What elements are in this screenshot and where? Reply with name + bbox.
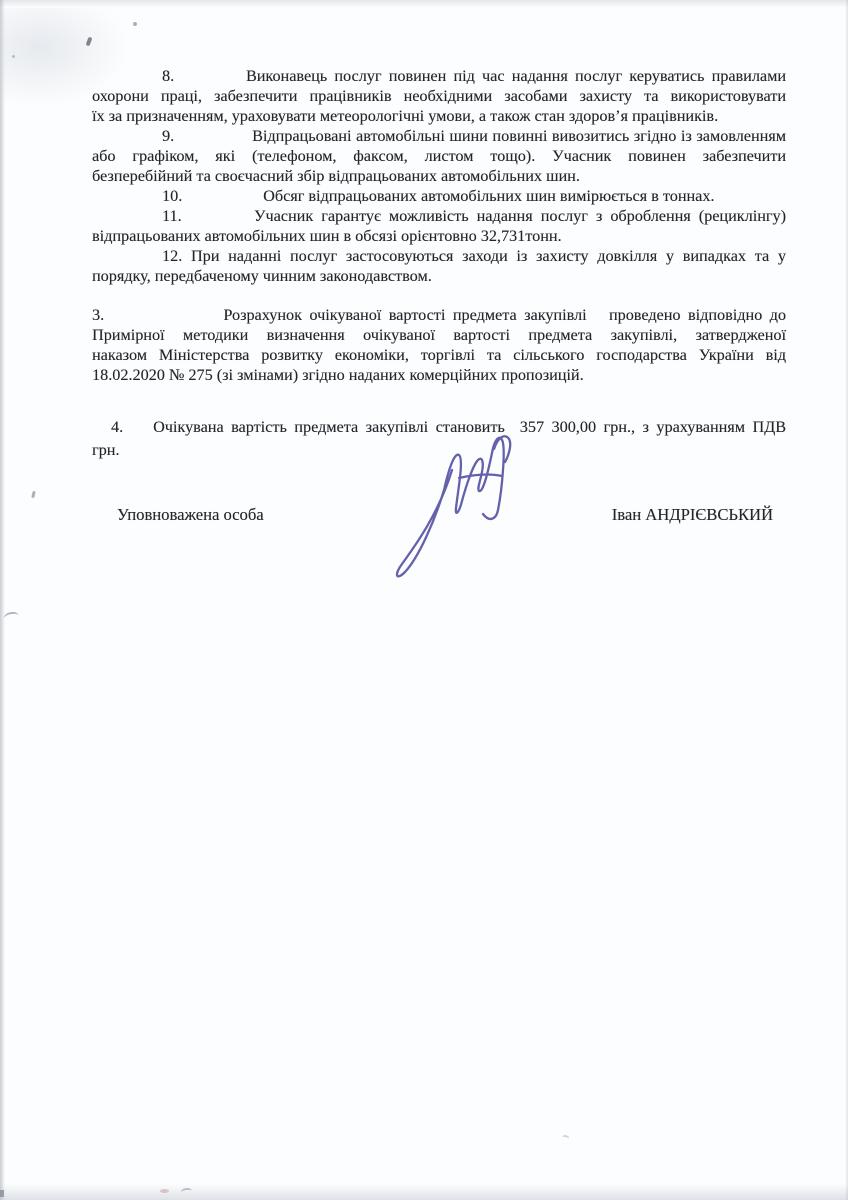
section-items-8-12: 8. Виконавець послуг повинен під час над… [92,66,786,286]
item11-line2: відпрацьованих автомобільних шин в обсяз… [92,226,786,246]
item8-line3: їх за призначенням, ураховувати метеорол… [92,106,786,126]
scan-pencil-mark [3,611,20,623]
scanned-document-page: 8. Виконавець послуг повинен під час над… [0,0,848,1200]
item9-line1: 9. Відпрацьовані автомобільні шини повин… [92,126,786,146]
scan-speck [160,1189,169,1193]
item8-line1: 8. Виконавець послуг повинен під час над… [92,66,786,86]
paragraph-3: 3. Розрахунок очікуваної вартості предме… [92,305,786,385]
signoff-row: Уповноважена особа Іван АНДРІЄВСЬКИЙ [92,504,786,526]
scan-speck [561,1134,569,1141]
item8-line2: охорони праці, забезпечити працівників н… [92,86,786,106]
scan-edge-left [0,0,5,1200]
para3-line1: 3. Розрахунок очікуваної вартості предме… [92,305,786,325]
item12-line1: 12. При наданні послуг застосовуються за… [92,246,786,266]
item10-line1: 10. Обсяг відпрацьованих автомобільних ш… [92,186,786,206]
scan-speck [181,1187,193,1195]
para3-line4: 18.02.2020 № 275 (зі змінами) згідно над… [92,365,786,385]
item11-line1: 11. Учасник гарантує можливість надання … [92,206,786,226]
signatory-name: Іван АНДРІЄВСЬКИЙ [612,504,773,526]
scan-speck [0,1190,4,1197]
item9-line2: або графіком, які (телефоном, факсом, ли… [92,146,786,166]
para3-line3: наказом Міністерства розвитку економіки,… [92,345,786,365]
scan-edge-bottom [0,1184,848,1200]
scan-speck [31,491,36,499]
authorized-person-label: Уповноважена особа [117,504,264,526]
para3-line2: Примірної методики визначення очікуваної… [92,325,786,345]
item12-line2: порядку, передбаченому чинним законодавс… [92,266,786,286]
item9-line3: безперебійний та своєчасний збір відпрац… [92,166,786,186]
scan-speck [133,22,137,26]
